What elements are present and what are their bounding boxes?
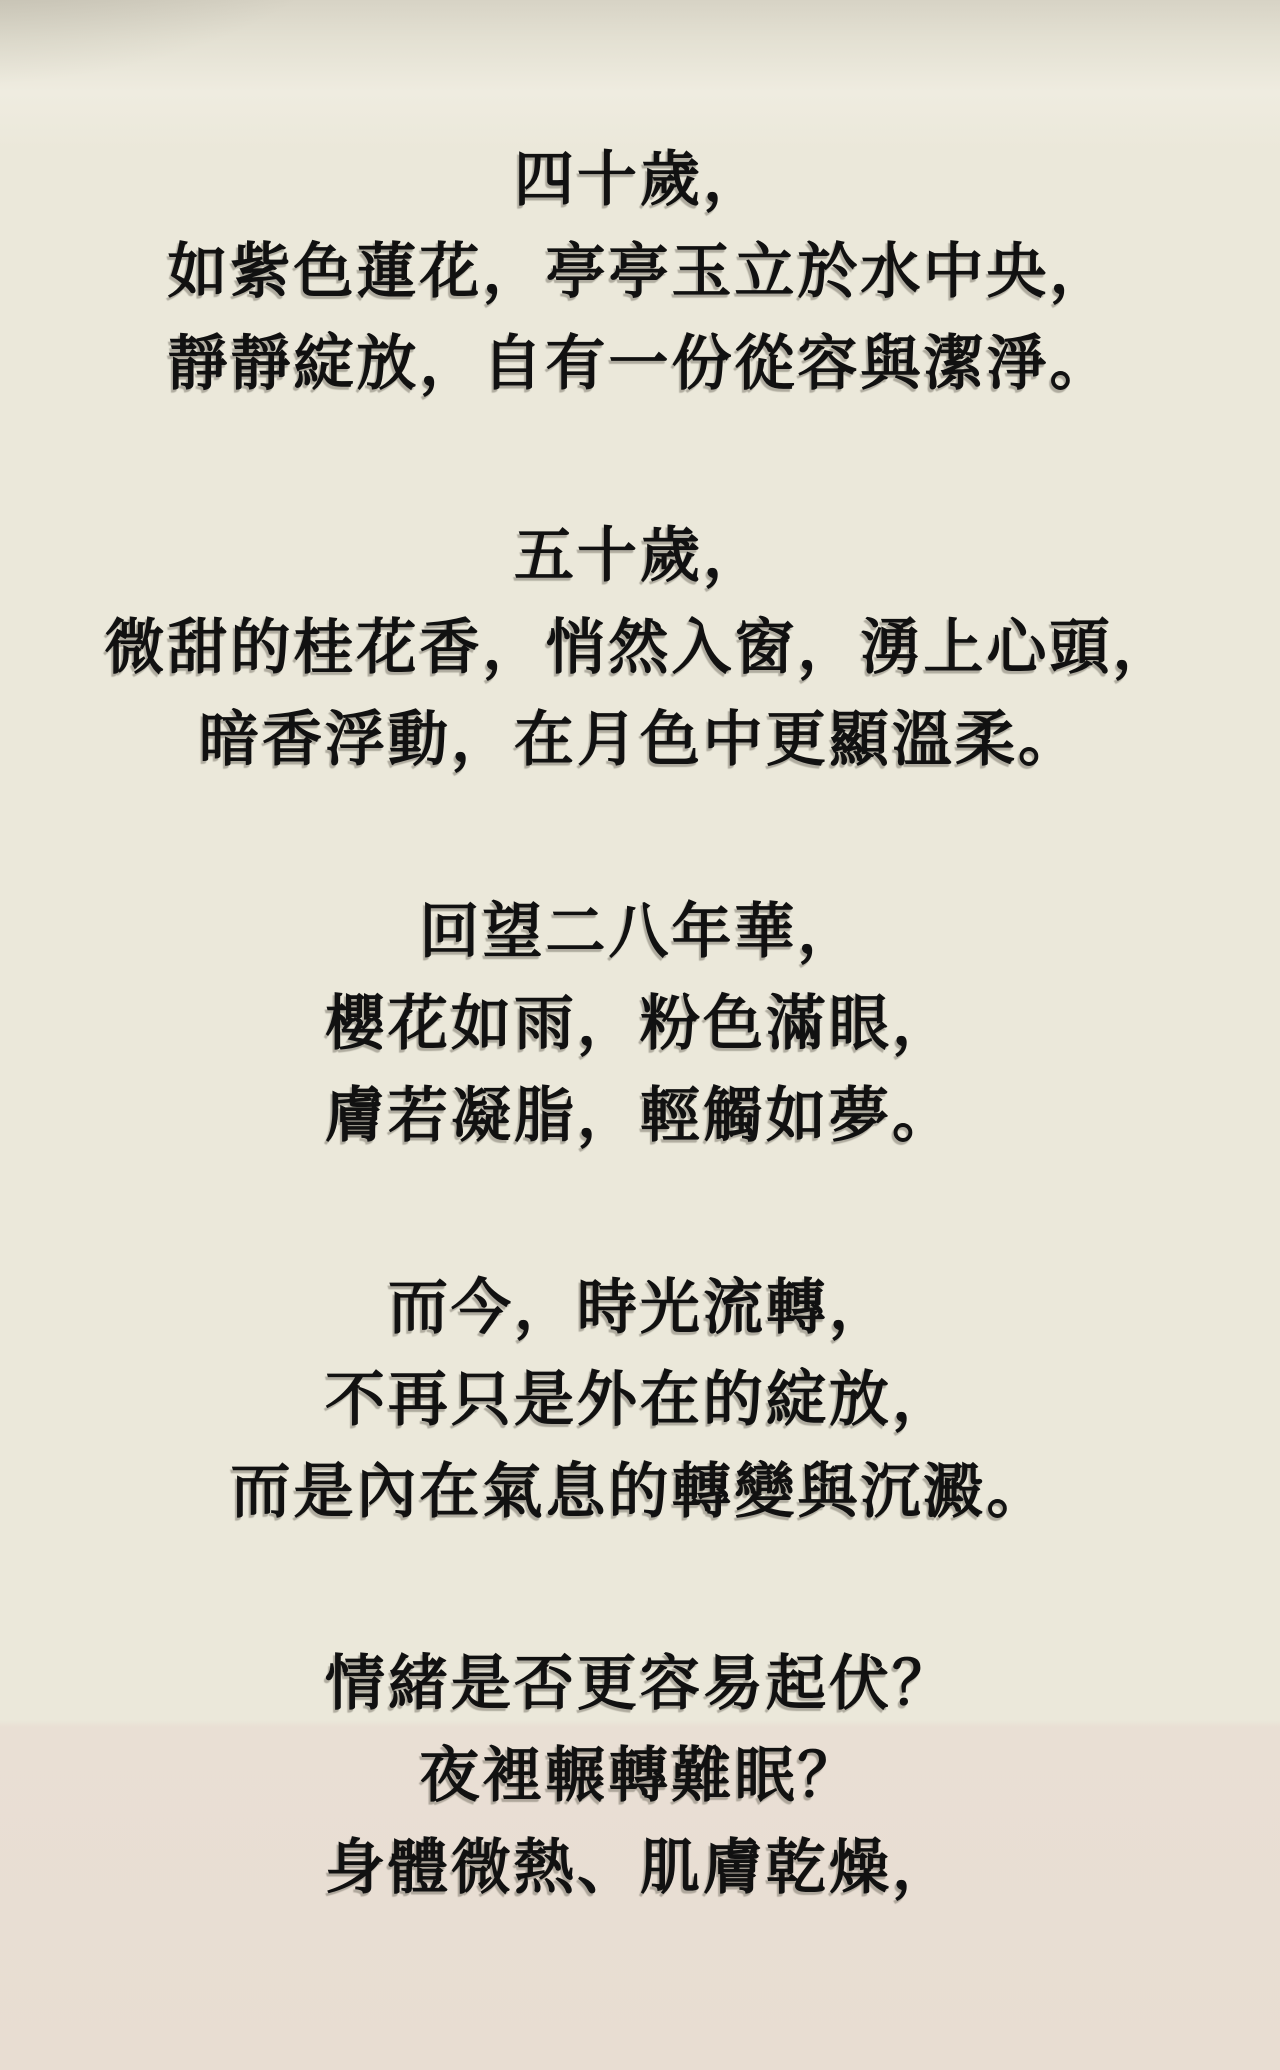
poem-line: 四十歲， (0, 134, 1280, 226)
poem-text-block: 四十歲， 如紫色蓮花，亭亭玉立於水中央， 靜靜綻放，自有一份從容與潔淨。 五十歲… (0, 134, 1280, 1914)
poem-stanza-40: 四十歲， 如紫色蓮花，亭亭玉立於水中央， 靜靜綻放，自有一份從容與潔淨。 (0, 134, 1280, 410)
poem-line: 如紫色蓮花，亭亭玉立於水中央， (0, 226, 1280, 318)
poem-stanza-lookback: 回望二八年華， 櫻花如雨，粉色滿眼， 膚若凝脂，輕觸如夢。 (0, 886, 1280, 1162)
poem-line: 而今，時光流轉， (0, 1262, 1280, 1354)
poem-line: 五十歲， (0, 510, 1280, 602)
poem-line: 情緒是否更容易起伏？ (0, 1638, 1280, 1730)
page-background: 四十歲， 如紫色蓮花，亭亭玉立於水中央， 靜靜綻放，自有一份從容與潔淨。 五十歲… (0, 0, 1280, 2070)
poem-line: 靜靜綻放，自有一份從容與潔淨。 (0, 318, 1280, 410)
poem-stanza-50: 五十歲， 微甜的桂花香，悄然入窗，湧上心頭， 暗香浮動，在月色中更顯溫柔。 (0, 510, 1280, 786)
poem-line: 暗香浮動，在月色中更顯溫柔。 (0, 694, 1280, 786)
poem-stanza-symptoms: 情緒是否更容易起伏？ 夜裡輾轉難眠？ 身體微熱、肌膚乾燥， (0, 1638, 1280, 1914)
poem-line: 膚若凝脂，輕觸如夢。 (0, 1070, 1280, 1162)
poem-line: 而是內在氣息的轉變與沉澱。 (0, 1446, 1280, 1538)
poem-line: 身體微熱、肌膚乾燥， (0, 1822, 1280, 1914)
poem-stanza-now: 而今，時光流轉， 不再只是外在的綻放， 而是內在氣息的轉變與沉澱。 (0, 1262, 1280, 1538)
poem-line: 櫻花如雨，粉色滿眼， (0, 978, 1280, 1070)
poem-line: 微甜的桂花香，悄然入窗，湧上心頭， (0, 602, 1280, 694)
poem-line: 不再只是外在的綻放， (0, 1354, 1280, 1446)
poem-line: 夜裡輾轉難眠？ (0, 1730, 1280, 1822)
poem-line: 回望二八年華， (0, 886, 1280, 978)
